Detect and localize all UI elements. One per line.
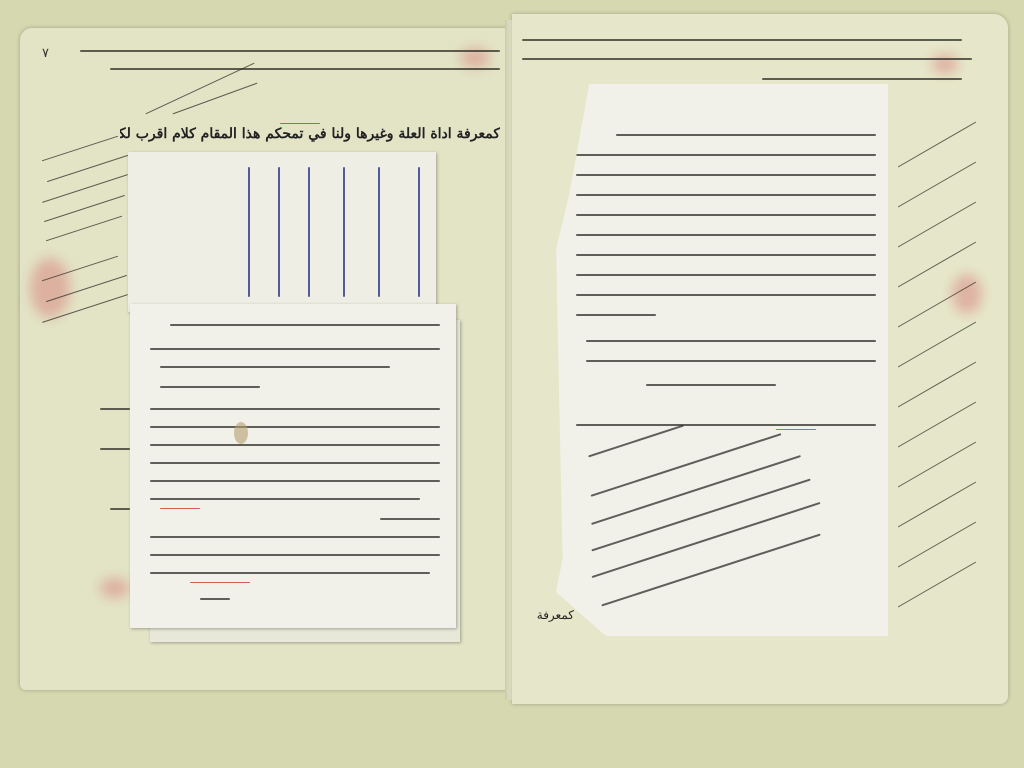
page-heading: كمعرفة اداة العلة وغيرها ولنا في تمحكم ه…	[120, 126, 500, 142]
blue-ink-note	[128, 152, 436, 312]
catchword: كمعرفة	[524, 608, 574, 622]
red-stain	[100, 578, 130, 598]
red-stain	[30, 258, 70, 318]
ink-stain	[234, 422, 248, 444]
red-stain	[932, 54, 958, 74]
red-stain	[952, 274, 982, 314]
lower-note-front	[130, 304, 456, 628]
large-note	[556, 84, 888, 636]
page-number: ٧	[42, 46, 49, 61]
